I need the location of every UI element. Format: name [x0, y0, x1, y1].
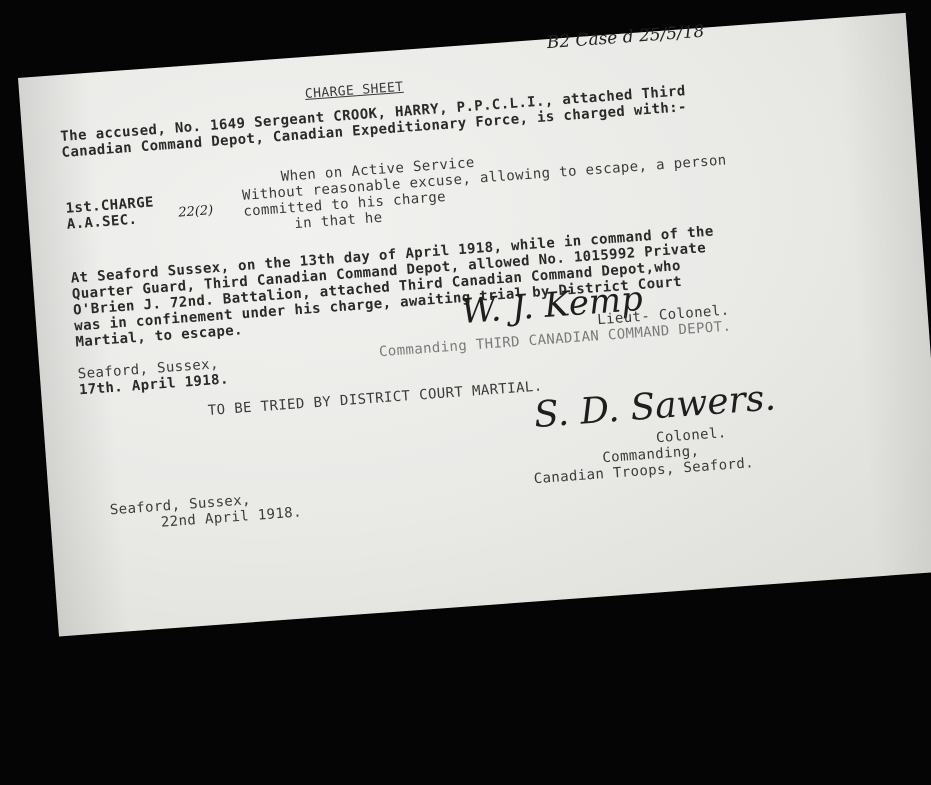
charge-sheet-page: B2 Case d 25/5/18 CHARGE SHEET The accus…: [18, 13, 931, 637]
court-martial-order: TO BE TRIED BY DISTRICT COURT MARTIAL.: [207, 378, 543, 419]
signature-sawers: S. D. Sawers.: [533, 377, 777, 436]
charge-section-handwritten: 22(2): [178, 203, 214, 221]
document-title: CHARGE SHEET: [304, 80, 404, 103]
handwritten-annotation: B2 Case d 25/5/18: [546, 22, 705, 54]
